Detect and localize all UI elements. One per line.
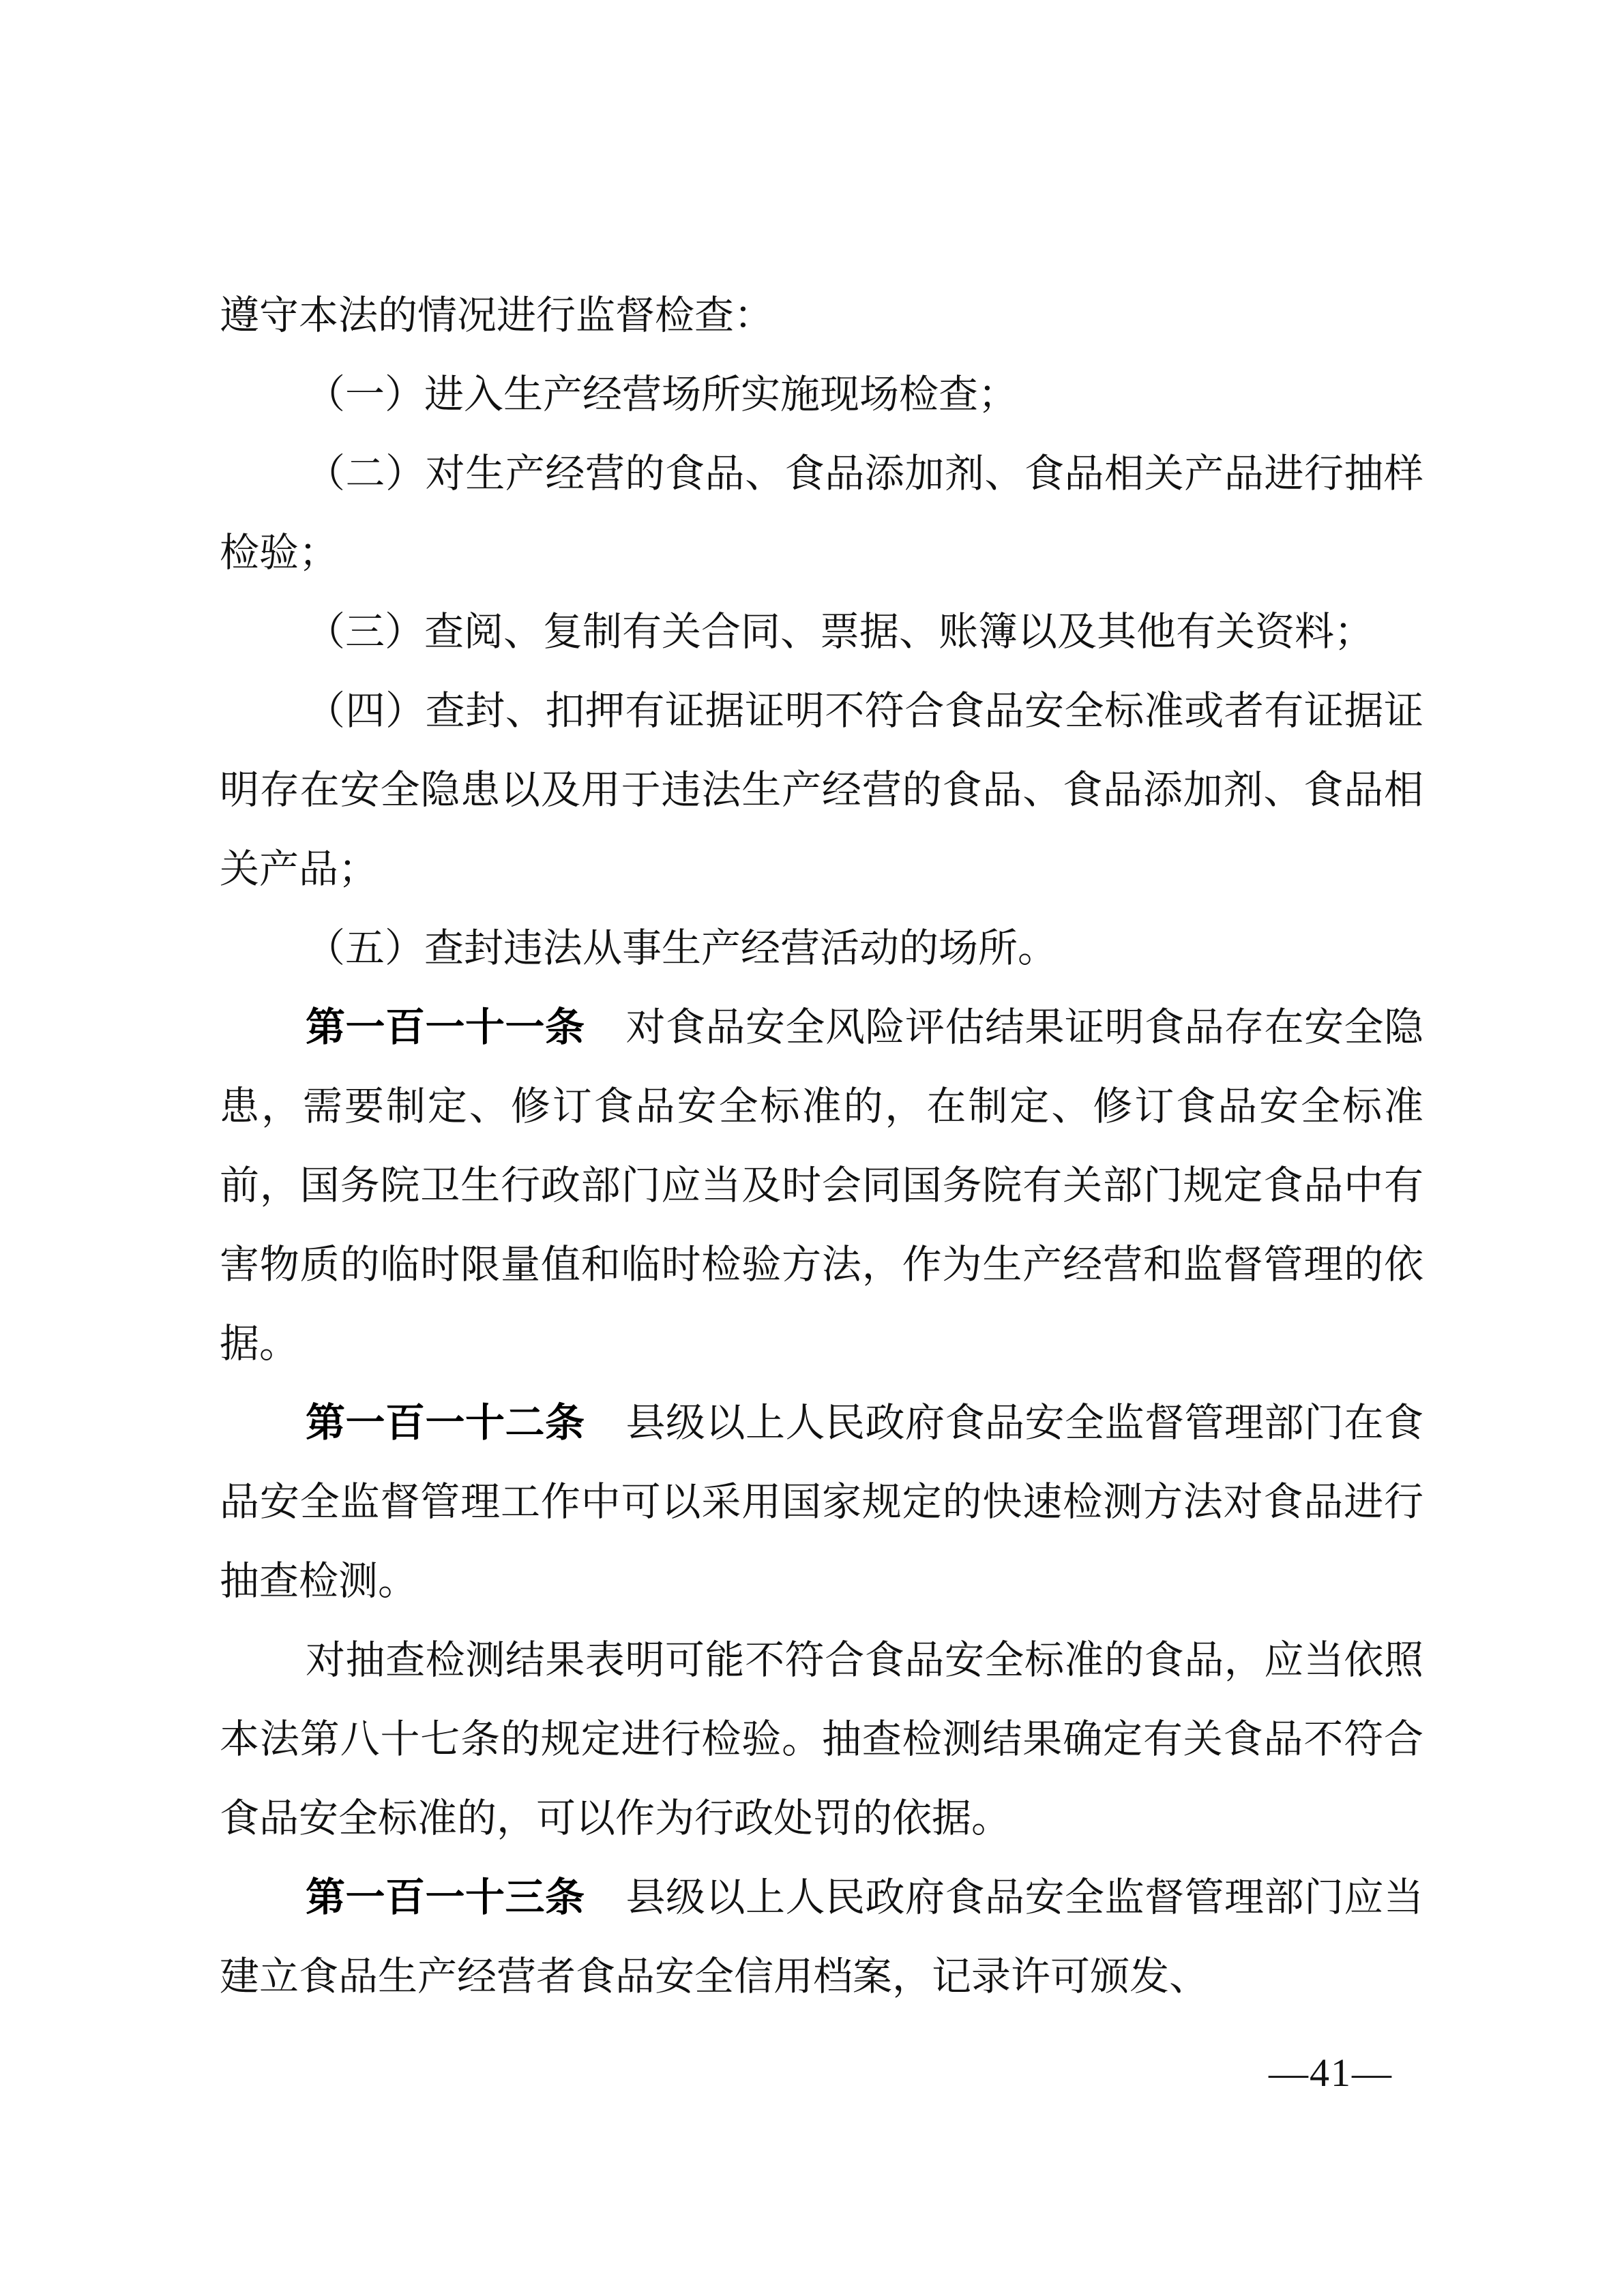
article-number: 第一百一十二条 xyxy=(306,1399,585,1446)
page-number: —41— xyxy=(1269,2050,1393,2096)
article-number: 第一百一十一条 xyxy=(306,1004,585,1050)
paragraph-continuation: 遵守本法的情况进行监督检查： xyxy=(220,275,1423,355)
paragraph-body: 对抽查检测结果表明可能不符合食品安全标准的食品，应当依照本法第八十七条的规定进行… xyxy=(220,1620,1423,1858)
paragraph-item-3: （三）查阅、复制有关合同、票据、账簿以及其他有关资料； xyxy=(220,592,1423,671)
document-page: 遵守本法的情况进行监督检查： （一）进入生产经营场所实施现场检查； （二）对生产… xyxy=(220,275,1423,2016)
paragraph-item-5: （五）查封违法从事生产经营活动的场所。 xyxy=(220,908,1423,987)
paragraph-item-1: （一）进入生产经营场所实施现场检查； xyxy=(220,355,1423,434)
article-112: 第一百一十二条县级以上人民政府食品安全监督管理部门在食品安全监督管理工作中可以采… xyxy=(220,1383,1423,1620)
paragraph-item-4: （四）查封、扣押有证据证明不符合食品安全标准或者有证据证明存在安全隐患以及用于违… xyxy=(220,671,1423,908)
article-number: 第一百一十三条 xyxy=(306,1874,585,1920)
paragraph-item-2: （二）对生产经营的食品、食品添加剂、食品相关产品进行抽样检验； xyxy=(220,434,1423,592)
article-text: 对食品安全风险评估结果证明食品存在安全隐患，需要制定、修订食品安全标准的，在制定… xyxy=(220,1004,1423,1367)
article-111: 第一百一十一条对食品安全风险评估结果证明食品存在安全隐患，需要制定、修订食品安全… xyxy=(220,987,1423,1383)
article-113: 第一百一十三条县级以上人民政府食品安全监督管理部门应当建立食品生产经营者食品安全… xyxy=(220,1858,1423,2016)
